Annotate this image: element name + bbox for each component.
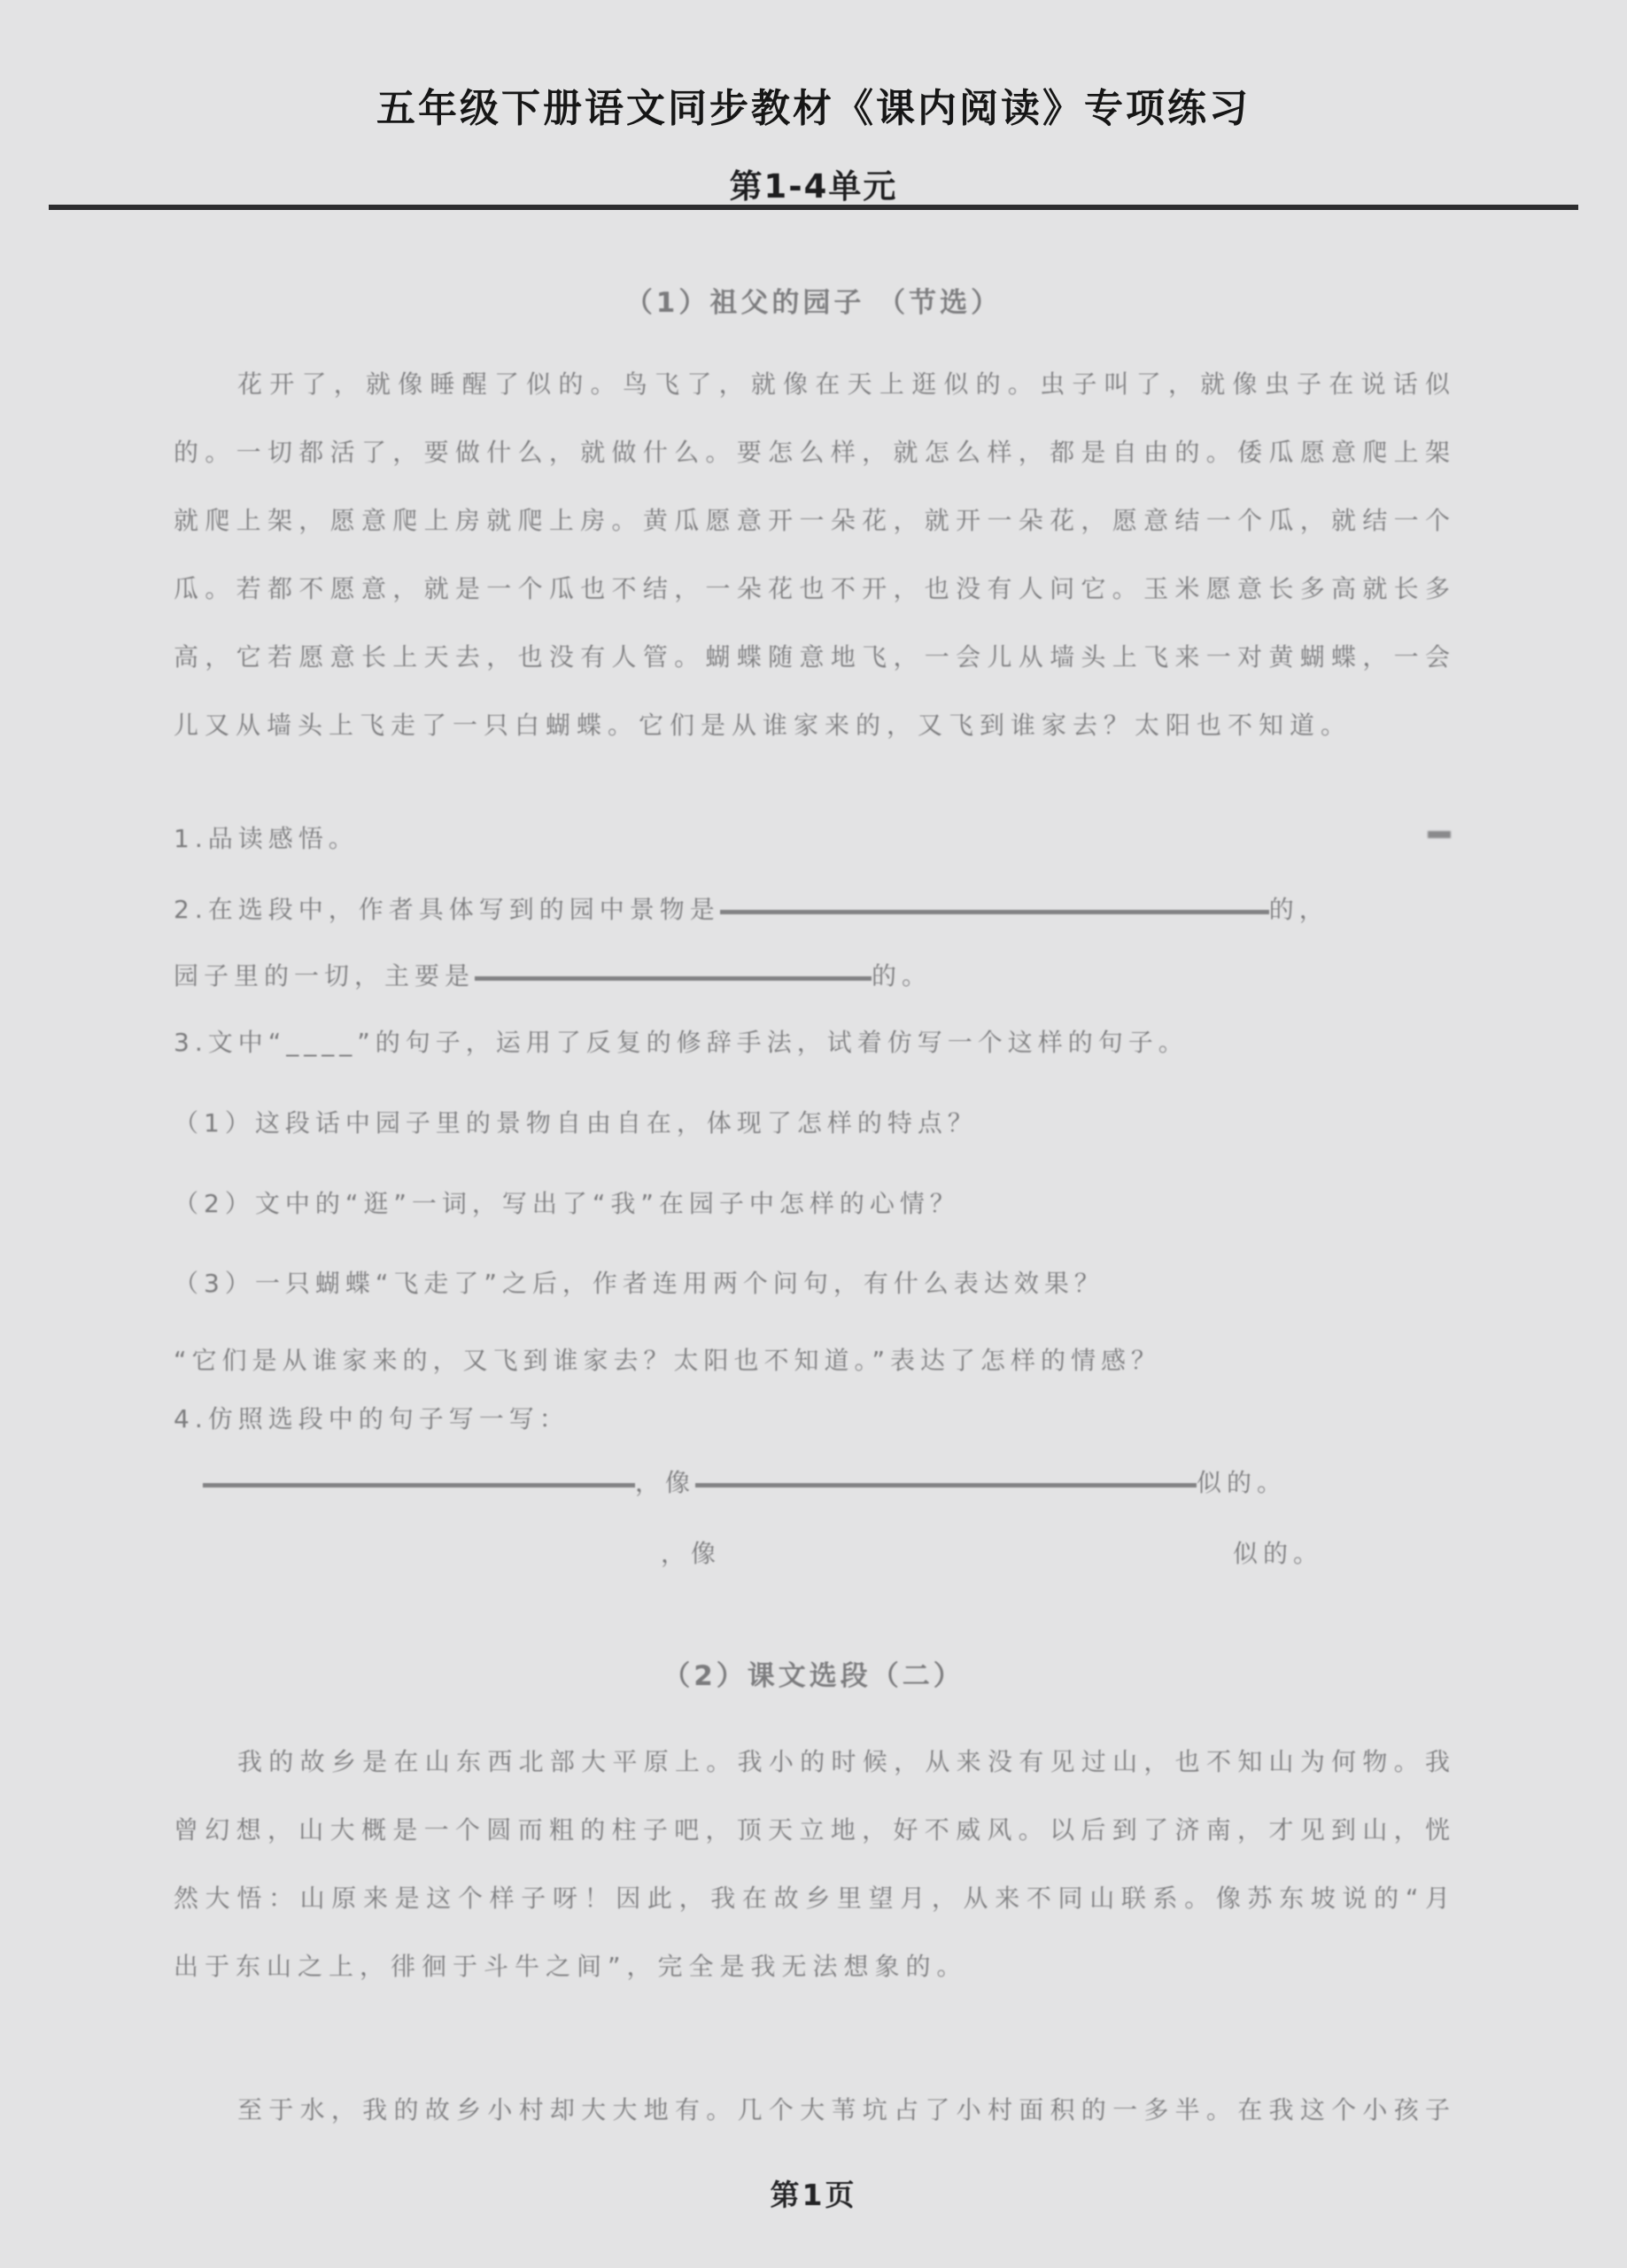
section1-passage: 花开了，就像睡醒了似的。鸟飞了，就像在天上逛似的。虫子叫了，就像虫子在说话似的。… [174, 350, 1456, 759]
answer-blank-f2b[interactable] [721, 1554, 1233, 1558]
question-4: 4.仿照选段中的句子写一写： [174, 1400, 1555, 1435]
page-title: 五年级下册语文同步教材《课内阅读》专项练习 [0, 76, 1627, 133]
question-3-note: “它们是从谁家来的，又飞到谁家去？太阳也不知道。”表达了怎样的情感？ [174, 1341, 1555, 1377]
section2-passage-1: 我的故乡是在山东西北部大平原上。我小的时候，从来没有见过山，也不知山为何物。我曾… [174, 1728, 1456, 2000]
question-3-sub1: （1）这段话中园子里的景物自由自在，体现了怎样的特点？ [174, 1104, 1555, 1139]
question-2-line2-suffix: 的。 [872, 961, 932, 990]
question-2-text: 2.在选段中，作者具体写到的园中景物是 [174, 895, 720, 924]
answer-blank-f2a[interactable] [174, 1554, 661, 1558]
fill2-like: ，像 [661, 1539, 721, 1568]
header-divider [49, 205, 1578, 210]
section2-passage-2: 至于水，我的故乡小村却大大地有。几个大苇坑占了小村面积的一多半。在我这个小孩子眼… [174, 2076, 1456, 2145]
answer-blank-q2a[interactable] [720, 910, 1269, 914]
worksheet-page: 五年级下册语文同步教材《课内阅读》专项练习 第1-4单元 （1）祖父的园子 （节… [0, 0, 1627, 2268]
question-2-suffix: 的， [1269, 895, 1329, 924]
fill1-end: 似的。 [1197, 1468, 1287, 1497]
question-2-line2: 园子里的一切，主要是的。 [174, 957, 1555, 992]
answer-blank-f1a[interactable] [203, 1483, 635, 1487]
question-2-line1: 2.在选段中，作者具体写到的园中景物是的， [174, 890, 1555, 926]
question-2-line2-text: 园子里的一切，主要是 [174, 961, 475, 990]
answer-blank-f1b[interactable] [695, 1483, 1197, 1487]
fill-in-line-1: ，像似的。 [174, 1464, 1555, 1499]
question-3: 3.文中“____”的句子，运用了反复的修辞手法，试着仿写一个这样的句子。 [174, 1023, 1555, 1059]
scan-stray-mark [1428, 831, 1451, 838]
page-subtitle: 第1-4单元 [0, 159, 1627, 207]
section1-heading: （1）祖父的园子 （节选） [0, 280, 1627, 320]
fill1-like: ，像 [635, 1468, 695, 1497]
fill-in-line-2: ，像似的。 [174, 1534, 1555, 1570]
page-number: 第1页 [0, 2172, 1627, 2214]
question-1: 1.品读感悟。 [174, 819, 1555, 855]
answer-blank-q2b[interactable] [475, 976, 872, 981]
fill2-end: 似的。 [1233, 1539, 1323, 1568]
question-3-sub2: （2）文中的“逛”一词，写出了“我”在园子中怎样的心情？ [174, 1184, 1555, 1220]
question-3-sub3: （3）一只蝴蝶“飞走了”之后，作者连用两个问句，有什么表达效果？ [174, 1264, 1555, 1300]
section2-heading: （2）课文选段（二） [0, 1653, 1627, 1693]
